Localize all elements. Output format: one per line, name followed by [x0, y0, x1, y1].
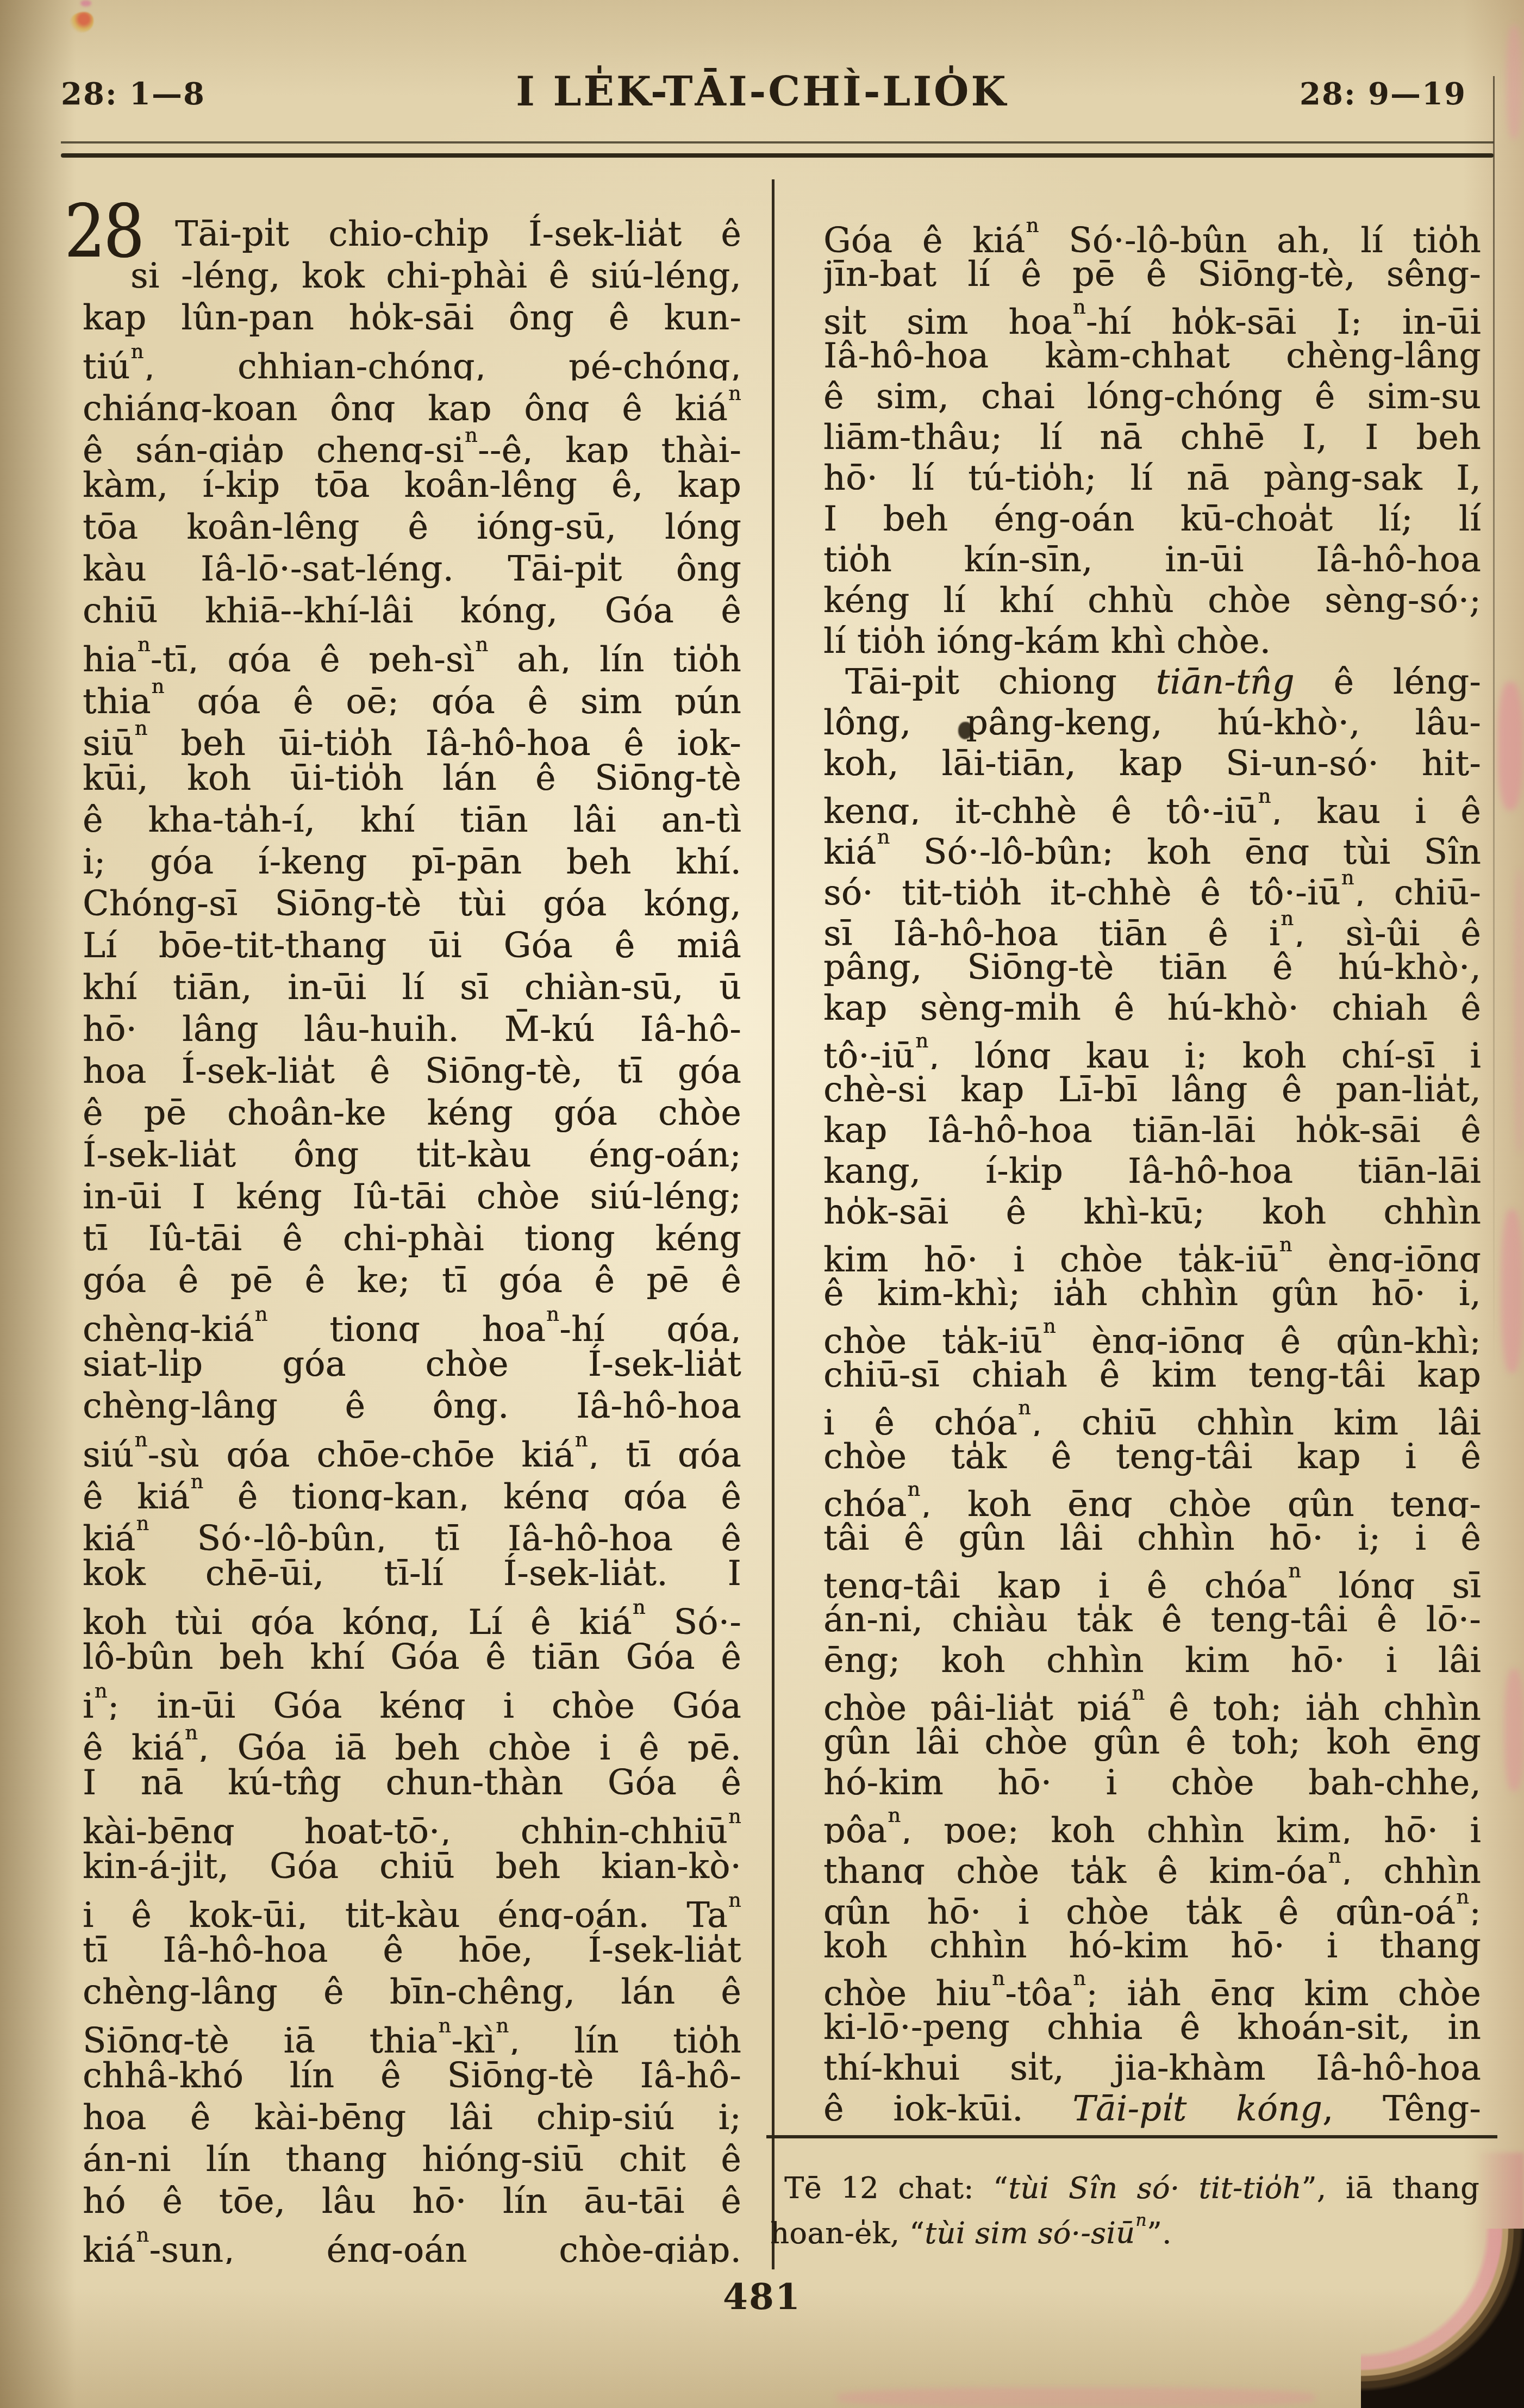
text-line: Siōng-tè iā thian-kìn, lín tio̍h: [83, 2013, 741, 2055]
text-line: kap Iâ-hô-hoa tiān-lāi ho̍k-sāi ê: [823, 1110, 1481, 1151]
superscript-n: n: [1258, 784, 1271, 808]
left-text-column: Tāi-pi̍t chio-chi̍p Í-sek-lia̍t êsi -lén…: [83, 213, 741, 2264]
text-line: 10I beh éng-oán kū-choa̍t lí; lí: [823, 498, 1481, 539]
text-line: koh tùi góa kóng, Lí ê kián Só·-: [83, 1594, 741, 1636]
superscript-n: n: [907, 1477, 920, 1501]
superscript-n: n: [138, 633, 151, 656]
text-line: kang, í-ki̍p Iâ-hô-hoa tiān-lāi: [823, 1151, 1481, 1191]
text-line: hoan-e̍k, “tùi sim só·-siūn”.: [770, 2208, 1479, 2247]
paper-fleck-stain: [70, 12, 93, 33]
fore-edge-pink-stain: [1501, 1209, 1523, 1373]
text-line: tōa koân-lêng ê ióng-sū, lóng: [83, 506, 741, 548]
fore-edge-pink-stain: [1498, 682, 1523, 810]
text-line: Tāi-pi̍t chio-chi̍p Í-sek-lia̍t ê: [83, 213, 741, 255]
footnote-rule: [766, 2135, 1497, 2138]
text-line: pôan, poe; koh chhìn kim, hō· i: [823, 1803, 1481, 1844]
text-line: sī Iâ-hô-hoa tiān ê in, sì-ûi ê: [823, 906, 1481, 947]
text-line: chèng-kián tiong hoan-hí góa,: [83, 1301, 741, 1343]
superscript-n: n: [255, 1302, 268, 1326]
text-line: i; góa í-keng pī-pān beh khí.: [83, 841, 741, 883]
superscript-n: n: [475, 633, 488, 656]
text-line: kián-sun, éng-oán chòe-gia̍p.: [83, 2222, 741, 2264]
text-line: ê sim, chai lóng-chóng ê sim-su: [823, 376, 1481, 417]
superscript-n: n: [135, 1428, 148, 1451]
page-corner-curl: [1361, 2229, 1524, 2408]
text-line: lô-bûn beh khí Góa ê tiān Góa ê: [83, 1636, 741, 1678]
superscript-n: n: [1073, 295, 1086, 319]
text-line: siún-sù góa chōe-chōe kián, tī góa: [83, 1427, 741, 1469]
superscript-n: n: [136, 2223, 149, 2247]
superscript-n: n: [1073, 1967, 1086, 1990]
text-line: kūi, koh ūi-tio̍h lán ê Siōng-tè: [83, 757, 741, 799]
text-line: hó ê tōe, lâu hō· lín āu-tāi ê: [83, 2180, 741, 2222]
text-line: Tē 12 chat: “tùi Sîn só· tit-tio̍h”, iā …: [770, 2169, 1479, 2208]
text-line: ê kián, Góa iā beh chòe i ê pē.: [83, 1720, 741, 1762]
superscript-n: n: [575, 1428, 588, 1451]
pink-edge-dot: [80, 0, 91, 7]
column-divider-rule: [772, 179, 775, 2269]
text-line: thí-khui si̍t, jia-khàm Iâ-hô-hoa: [823, 2048, 1481, 2088]
text-line: koh, lāi-tiān, kap Si-un-só· hit-: [823, 743, 1481, 784]
text-line: 17gûn lâi chòe gûn ê toh; koh ēng: [823, 1721, 1481, 1762]
text-line: 5chèng-lâng ê ông. Iâ-hô-hoa: [83, 1385, 741, 1427]
superscript-n: n: [135, 716, 148, 740]
text-line: ê kim-khì; ia̍h chhìn gûn hō· i,: [823, 1273, 1481, 1314]
text-line: án-ni, chiàu ta̍k ê teng-tâi ê lō·-: [823, 1599, 1481, 1640]
text-line: 16ēng; koh chhìn kim hō· i lâi: [823, 1640, 1481, 1681]
text-line: kim hō· i chòe ta̍k-iūn èng-iōng: [823, 1232, 1481, 1273]
text-line: chiū khiā--khí-lâi kóng, Góa ê: [83, 590, 741, 632]
text-line: 7I nā kú-tn̂g chun-thàn Góa ê: [83, 1762, 741, 1804]
superscript-n: n: [728, 1805, 741, 1828]
superscript-n: n: [1135, 2211, 1147, 2230]
header-verse-range-right: 28: 9—19: [1300, 76, 1466, 112]
text-line: Lí bōe-tit-thang ūi Góa ê miâ: [83, 925, 741, 966]
text-line: chòe ta̍k-iūn èng-iōng ê gûn-khì;: [823, 1314, 1481, 1355]
superscript-n: n: [633, 1595, 646, 1619]
fore-edge-pink-stain: [1514, 870, 1524, 1152]
text-line: ê pē choân-ke kéng góa chòe: [83, 1092, 741, 1134]
text-line: hoa ê kài-bēng lâi chip-siú i;: [83, 2097, 741, 2138]
scan-edge-line: [1493, 76, 1495, 1370]
superscript-n: n: [190, 1470, 203, 1493]
text-line: góa ê pē ê ke; tī góa ê pē ê: [83, 1259, 741, 1301]
superscript-n: n: [915, 1029, 928, 1052]
text-line: 18koh chhìn hó-kim hō· i thang: [823, 1925, 1481, 1966]
footnote: Tē 12 chat: “tùi Sîn só· tit-tio̍h”, iā …: [770, 2169, 1479, 2247]
text-line: tī Iâ-hô-hoa ê hōe, Í-sek-lia̍t: [83, 1929, 741, 1971]
text-line: kéng lí khí chhù chòe sèng-só·;: [823, 580, 1481, 621]
text-line: 19ê iok-kūi. Tāi-pi̍t kóng, Têng-: [823, 2088, 1481, 2129]
text-line: chòe pâi-lia̍t pián ê toh; ia̍h chhìn: [823, 1681, 1481, 1721]
text-line: siat-li̍p góa chòe Í-sek-lia̍t: [83, 1343, 741, 1385]
text-line: gûn hō· i chòe ta̍k ê gûn-oán;: [823, 1885, 1481, 1925]
superscript-n: n: [1043, 1314, 1056, 1338]
fore-edge-pink-stain: [1504, 1669, 1524, 1791]
text-line: tiún, chhian-chóng, pé-chóng,: [83, 339, 741, 380]
text-line: hō· lí tú-tio̍h; lí nā pàng-sak I,: [823, 458, 1481, 498]
text-line: pâng, Siōng-tè tiān ê hú-khò·,: [823, 947, 1481, 988]
superscript-n: n: [1132, 1681, 1145, 1705]
text-line: kài-bēng hoat-tō·, chhin-chhiūn: [83, 1804, 741, 1845]
superscript-n: n: [1279, 1233, 1292, 1256]
text-line: 9Góa ê kián Só·-lô-bûn ah, lí tio̍h: [823, 213, 1481, 254]
text-line: 13tô·-iūn, lóng kau i; koh chí-sī i: [823, 1028, 1481, 1069]
header-rule-bottom: [61, 153, 1494, 158]
text-line: liām-thâu; lí nā chhē I, I beh: [823, 417, 1481, 458]
text-line: thang chòe ta̍k ê kim-óan, chhìn: [823, 1844, 1481, 1885]
text-line: 6kok chē-ūi, tī-lí Í-sek-lia̍t. I: [83, 1552, 741, 1594]
text-line: si̍t sim hoan-hí ho̍k-sāi I; in-ūi: [823, 295, 1481, 335]
text-line: ê kián ê tiong-kan, kéng góa ê: [83, 1469, 741, 1511]
superscript-n: n: [136, 1512, 149, 1535]
text-line: kap lûn-pan ho̍k-sāi ông ê kun-: [83, 297, 741, 339]
superscript-n: n: [546, 1302, 559, 1326]
superscript-n: n: [95, 1679, 108, 1702]
superscript-n: n: [1456, 1885, 1469, 1908]
text-line: khí tiān, in-ūi lí sī chiàn-sū, ū: [83, 966, 741, 1008]
superscript-n: n: [1328, 1844, 1341, 1868]
superscript-n: n: [496, 2014, 509, 2037]
text-line: 11Tāi-pi̍t chiong tiān-tn̂g ê léng-: [823, 662, 1481, 702]
superscript-n: n: [888, 1804, 901, 1827]
text-line: tio̍h kín-sīn, in-ūi Iâ-hô-hoa: [823, 539, 1481, 580]
book-page: 28: 1—8 I LE̍K-TĀI-CHÌ-LIO̍K 28: 9—19 28…: [0, 0, 1524, 2408]
text-line: chè-si kap Lī-bī lâng ê pan-lia̍t,: [823, 1069, 1481, 1110]
header-rule-top: [61, 141, 1494, 144]
superscript-n: n: [131, 340, 144, 363]
text-line: ê sán-gia̍p cheng-sin--ê, kap thài-: [83, 422, 741, 464]
text-line: ki-lō·-peng chhia ê khoán-sit, in: [823, 2007, 1481, 2048]
text-line: teng-tâi kap i ê chóan lóng sī: [823, 1558, 1481, 1599]
text-line: chòe ta̍k ê teng-tâi kap i ê: [823, 1436, 1481, 1477]
text-line: in; in-ūi Góa kéng i chòe Góa: [83, 1678, 741, 1720]
text-line: jīn-bat lí ê pē ê Siōng-tè, sêng-: [823, 254, 1481, 295]
text-line: hian-tī, góa ê peh-sìn ah, lín tio̍h: [83, 632, 741, 673]
text-line: kián Só·-lô-bûn, tī Iâ-hô-hoa ê: [83, 1511, 741, 1552]
superscript-n: n: [1341, 866, 1354, 889]
page-number: 481: [0, 2275, 1524, 2318]
text-line: si -léng, kok chi-phài ê siú-léng,: [83, 255, 741, 297]
text-line: 12kián Só·-lô-bûn; koh ēng tùi Sîn: [823, 825, 1481, 865]
text-line: thian góa ê oē; góa ê sim pún: [83, 673, 741, 715]
text-line: in-ūi I kéng Iû-tāi chòe siú-léng;: [83, 1176, 741, 1218]
superscript-n: n: [1026, 214, 1039, 237]
text-line: 14ho̍k-sāi ê khì-kū; koh chhìn: [823, 1191, 1481, 1232]
text-line: i ê chóan, chiū chhìn kim lâi: [823, 1395, 1481, 1436]
text-line: chiáng-koan ông kap ông ê kián: [83, 380, 741, 422]
text-line: 4hō· lâng lâu-huih. M̄-kú Iâ-hô-: [83, 1008, 741, 1050]
text-line: kap sèng-mi̍h ê hú-khò· chiah ê: [823, 988, 1481, 1028]
text-line: 2kàu Iâ-lō·-sat-léng. Tāi-pi̍t ông: [83, 548, 741, 590]
text-line: 8i ê kok-ūi, ti̍t-kàu éng-oán. Tan: [83, 1887, 741, 1929]
superscript-n: n: [1281, 907, 1294, 930]
superscript-n: n: [728, 1888, 741, 1912]
text-line: hoa Í-sek-lia̍t ê Siōng-tè, tī góa: [83, 1050, 741, 1092]
text-line: án-ni lín thang hióng-siū chit ê: [83, 2138, 741, 2180]
superscript-n: n: [152, 675, 165, 698]
text-line: kàm, í-ki̍p tōa koân-lêng ê, kap: [83, 464, 741, 506]
text-line: 15chiū-sī chiah ê kim teng-tâi kap: [823, 1355, 1481, 1395]
bottom-edge-pink-stain: [837, 2387, 1315, 2408]
text-line: hó-kim hō· i chòe bah-chhe,: [823, 1762, 1481, 1803]
right-text-column: 9Góa ê kián Só·-lô-bûn ah, lí tio̍hjīn-b…: [823, 213, 1481, 2129]
text-line: Í-sek-lia̍t ông ti̍t-kàu éng-oán;: [83, 1134, 741, 1176]
text-line: ê kha-ta̍h-í, khí tiān lâi an-tì: [83, 799, 741, 841]
superscript-n: n: [465, 423, 478, 447]
text-line: lông, pâng-keng, hú-khò·, lâu-: [823, 702, 1481, 743]
text-line: só· tit-tio̍h it-chhè ê tô·-iūn, chiū-: [823, 865, 1481, 906]
superscript-n: n: [992, 1967, 1005, 1990]
page-title: I LE̍K-TĀI-CHÌ-LIO̍K: [0, 68, 1524, 115]
text-line: chèng-lâng ê bīn-chêng, lán ê: [83, 1971, 741, 2013]
superscript-n: n: [438, 2014, 451, 2037]
text-line: tâi ê gûn lâi chhìn hō· i; i ê: [823, 1518, 1481, 1558]
superscript-n: n: [728, 382, 741, 405]
text-line: chóan, koh ēng chòe gûn teng-: [823, 1477, 1481, 1518]
text-line: tī Iû-tāi ê chi-phài tiong kéng: [83, 1218, 741, 1259]
text-line: 3Chóng-sī Siōng-tè tùi góa kóng,: [83, 883, 741, 925]
text-line: siūn beh ūi-tio̍h Iâ-hô-hoa ê iok-: [83, 715, 741, 757]
text-line: chòe hiun-tôan; ia̍h ēng kim chòe: [823, 1966, 1481, 2007]
superscript-n: n: [1018, 1396, 1031, 1419]
superscript-n: n: [1288, 1559, 1301, 1582]
text-line: Iâ-hô-hoa kàm-chhat chèng-lâng: [823, 335, 1481, 376]
text-line: chhâ-khó lín ê Siōng-tè Iâ-hô-: [83, 2055, 741, 2097]
text-line: kin-á-ji̍t, Góa chiū beh kian-kò·: [83, 1845, 741, 1887]
superscript-n: n: [185, 1721, 198, 1744]
superscript-n: n: [877, 825, 890, 849]
text-line: lí tio̍h ióng-kám khì chòe.: [823, 621, 1481, 662]
text-line: keng, it-chhè ê tô·-iūn, kau i ê: [823, 784, 1481, 825]
